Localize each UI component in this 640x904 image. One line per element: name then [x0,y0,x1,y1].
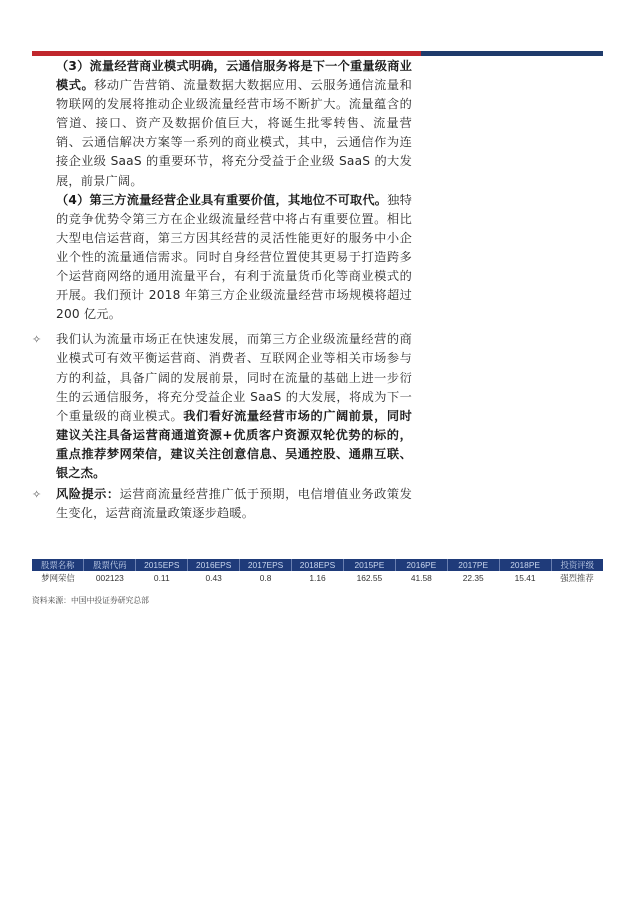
column-header: 2018PE [499,559,551,571]
cell-pe-2017: 22.35 [447,571,499,585]
paragraph-text: 移动广告营销、流量数据大数据应用、云服务通信流量和物联网的发展将推动企业级流量经… [56,78,412,187]
cell-pe-2016: 41.58 [395,571,447,585]
table-row: 梦网荣信 002123 0.11 0.43 0.8 1.16 162.55 41… [32,571,603,585]
cell-eps-2017: 0.8 [240,571,292,585]
column-header: 2017EPS [240,559,292,571]
header-rule-red [32,51,421,56]
diamond-bullet-icon: ✧ [32,485,41,504]
column-header: 2015PE [343,559,395,571]
paragraph-business-model: （3）流量经营商业模式明确，云通信服务将是下一个重量级商业模式。移动广告营销、流… [56,57,412,191]
column-header: 2016EPS [188,559,240,571]
cell-eps-2016: 0.43 [188,571,240,585]
column-header: 2017PE [447,559,499,571]
bullet-risk-warning: ✧ 风险提示：运营商流量经营推广低于预期，电信增值业务政策发生变化，运营商流量政… [56,485,412,523]
header-rule-blue [421,51,603,56]
bullet-text: 风险提示：运营商流量经营推广低于预期，电信增值业务政策发生变化，运营商流量政策逐… [56,485,412,523]
cell-eps-2015: 0.11 [136,571,188,585]
table-header-row: 股票名称 股票代码 2015EPS 2016EPS 2017EPS 2018EP… [32,559,603,571]
column-header: 股票名称 [32,559,84,571]
data-source-note: 资料来源：中国中投证券研究总部 [32,595,149,606]
column-header: 2015EPS [136,559,188,571]
diamond-bullet-icon: ✧ [32,330,41,349]
cell-pe-2018: 15.41 [499,571,551,585]
column-header: 投资评级 [551,559,603,571]
bullet-text: 我们认为流量市场正在快速发展，而第三方企业级流量经营的商业模式可有效平衡运营商、… [56,330,412,483]
cell-stock-name: 梦网荣信 [32,571,84,585]
paragraph-heading: （4）第三方流量经营企业具有重要价值，其地位不可取代。 [56,193,387,207]
risk-label: 风险提示： [56,487,120,501]
column-header: 2016PE [395,559,447,571]
report-body: （3）流量经营商业模式明确，云通信服务将是下一个重量级商业模式。移动广告营销、流… [56,57,412,523]
paragraph-third-party-value: （4）第三方流量经营企业具有重要价值，其地位不可取代。独特的竞争优势令第三方在企… [56,191,412,325]
stock-forecast-table: 股票名称 股票代码 2015EPS 2016EPS 2017EPS 2018EP… [32,559,603,585]
cell-stock-code: 002123 [84,571,136,585]
cell-rating: 强烈推荐 [551,571,603,585]
column-header: 股票代码 [84,559,136,571]
bullet-investment-view: ✧ 我们认为流量市场正在快速发展，而第三方企业级流量经营的商业模式可有效平衡运营… [56,330,412,483]
cell-pe-2015: 162.55 [343,571,395,585]
cell-eps-2018: 1.16 [292,571,344,585]
paragraph-text: 独特的竞争优势令第三方在企业级流量经营中将占有重要位置。相比大型电信运营商，第三… [56,193,412,322]
column-header: 2018EPS [292,559,344,571]
